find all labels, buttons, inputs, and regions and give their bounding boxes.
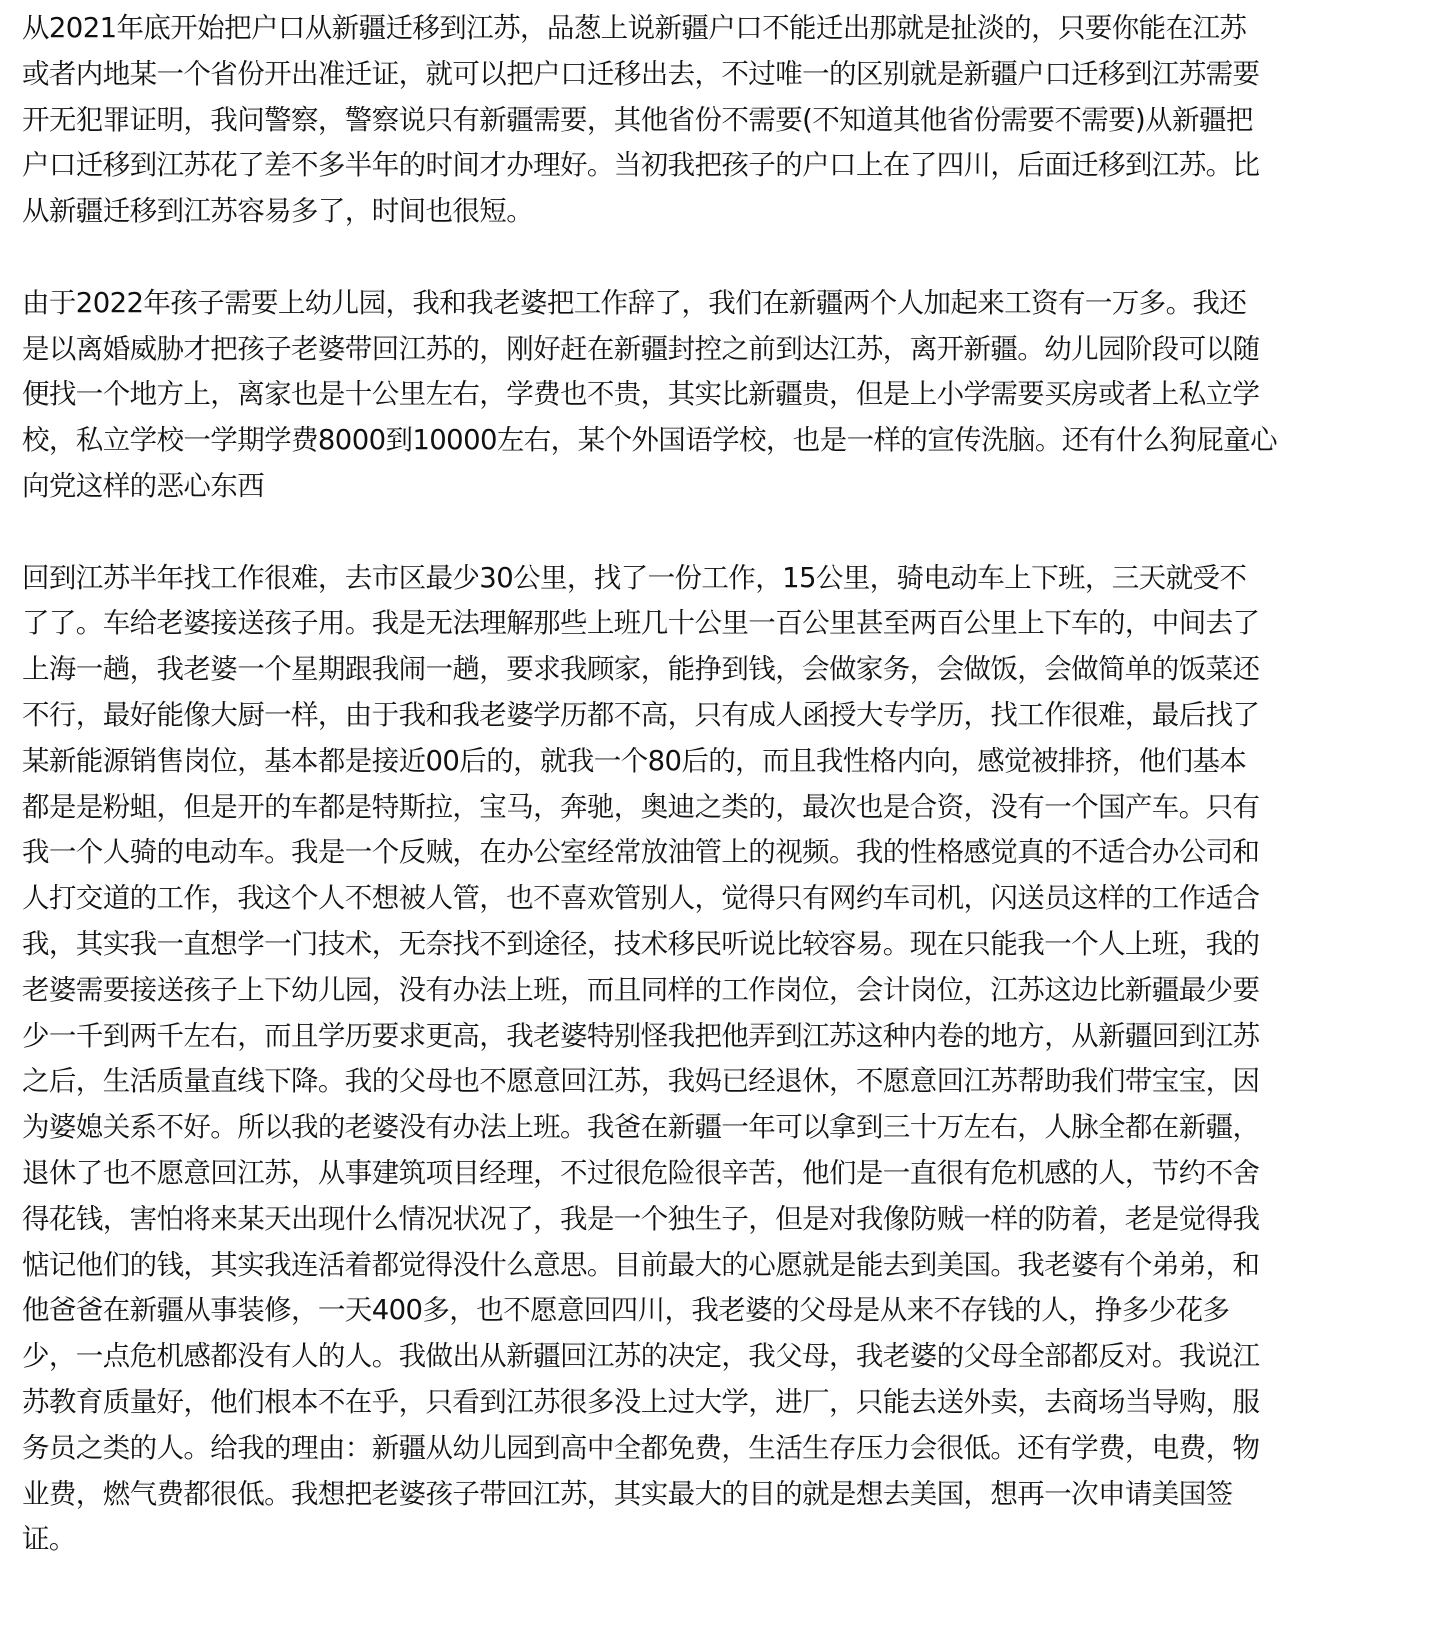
text-line: 校，私立学校一学期学费8000到10000左右，某个外国语学校，也是一样的宣传洗… [22, 418, 1347, 464]
text-line: 户口迁移到江苏花了差不多半年的时间才办理好。当初我把孩子的户口上在了四川，后面迁… [22, 143, 1347, 189]
paragraph-kindergarten: 由于2022年孩子需要上幼儿园，我和我老婆把工作辞了，我们在新疆两个人加起来工资… [22, 281, 1347, 510]
text-line: 得花钱，害怕将来某天出现什么情况状况了，我是一个独生子，但是对我像防贼一样的防着… [22, 1197, 1347, 1243]
text-line: 证。 [22, 1517, 1347, 1563]
paragraph-hukou-migration: 从2021年底开始把户口从新疆迁移到江苏，品葱上说新疆户口不能迁出那就是扯淡的，… [22, 6, 1347, 235]
text-line: 某新能源销售岗位，基本都是接近00后的，就我一个80后的，而且我性格内向，感觉被… [22, 739, 1347, 785]
text-line: 少一千到两千左右，而且学历要求更高，我老婆特别怪我把他弄到江苏这种内卷的地方，从… [22, 1014, 1347, 1060]
text-line: 老婆需要接送孩子上下幼儿园，没有办法上班，而且同样的工作岗位，会计岗位，江苏这边… [22, 968, 1347, 1014]
text-line: 退休了也不愿意回江苏，从事建筑项目经理，不过很危险很辛苦，他们是一直很有危机感的… [22, 1151, 1347, 1197]
text-line: 务员之类的人。给我的理由：新疆从幼儿园到高中全都免费，生活生存压力会很低。还有学… [22, 1426, 1347, 1472]
text-line: 不行，最好能像大厨一样，由于我和我老婆学历都不高，只有成人函授大专学历，找工作很… [22, 693, 1347, 739]
text-line: 或者内地某一个省份开出准迁证，就可以把户口迁移出去，不过唯一的区别就是新疆户口迁… [22, 52, 1347, 98]
text-line: 少，一点危机感都没有人的人。我做出从新疆回江苏的决定，我父母，我老婆的父母全部都… [22, 1334, 1347, 1380]
text-line: 之后，生活质量直线下降。我的父母也不愿意回江苏，我妈已经退休，不愿意回江苏帮助我… [22, 1059, 1347, 1105]
text-line: 苏教育质量好，他们根本不在乎，只看到江苏很多没上过大学，进厂，只能去送外卖，去商… [22, 1380, 1347, 1426]
text-line: 由于2022年孩子需要上幼儿园，我和我老婆把工作辞了，我们在新疆两个人加起来工资… [22, 281, 1347, 327]
paragraph-job-search: 回到江苏半年找工作很难，去市区最少30公里，找了一份工作，15公里，骑电动车上下… [22, 556, 1347, 1564]
text-line: 向党这样的恶心东西 [22, 464, 1347, 510]
text-line: 上海一趟，我老婆一个星期跟我闹一趟，要求我顾家，能挣到钱，会做家务，会做饭，会做… [22, 647, 1347, 693]
text-line: 便找一个地方上，离家也是十公里左右，学费也不贵，其实比新疆贵，但是上小学需要买房… [22, 372, 1347, 418]
document-body: 从2021年底开始把户口从新疆迁移到江苏，品葱上说新疆户口不能迁出那就是扯淡的，… [22, 6, 1347, 1609]
text-line: 从新疆迁移到江苏容易多了，时间也很短。 [22, 189, 1347, 235]
text-line: 了了。车给老婆接送孩子用。我是无法理解那些上班几十公里一百公里甚至两百公里上下车… [22, 601, 1347, 647]
text-line: 我，其实我一直想学一门技术，无奈找不到途径，技术移民听说比较容易。现在只能我一个… [22, 922, 1347, 968]
text-line: 从2021年底开始把户口从新疆迁移到江苏，品葱上说新疆户口不能迁出那就是扯淡的，… [22, 6, 1347, 52]
text-line: 开无犯罪证明，我问警察，警察说只有新疆需要，其他省份不需要(不知道其他省份需要不… [22, 98, 1347, 144]
text-line: 他爸爸在新疆从事装修，一天400多，也不愿意回四川，我老婆的父母是从来不存钱的人… [22, 1288, 1347, 1334]
text-line: 是以离婚威胁才把孩子老婆带回江苏的，刚好赶在新疆封控之前到达江苏，离开新疆。幼儿… [22, 327, 1347, 373]
text-line: 惦记他们的钱，其实我连活着都觉得没什么意思。目前最大的心愿就是能去到美国。我老婆… [22, 1243, 1347, 1289]
text-line: 回到江苏半年找工作很难，去市区最少30公里，找了一份工作，15公里，骑电动车上下… [22, 556, 1347, 602]
text-line: 为婆媳关系不好。所以我的老婆没有办法上班。我爸在新疆一年可以拿到三十万左右，人脉… [22, 1105, 1347, 1151]
text-line: 我一个人骑的电动车。我是一个反贼，在办公室经常放油管上的视频。我的性格感觉真的不… [22, 830, 1347, 876]
text-line: 人打交道的工作，我这个人不想被人管，也不喜欢管别人，觉得只有网约车司机，闪送员这… [22, 876, 1347, 922]
text-line: 都是是粉蛆，但是开的车都是特斯拉，宝马，奔驰，奥迪之类的，最次也是合资，没有一个… [22, 785, 1347, 831]
text-line: 业费，燃气费都很低。我想把老婆孩子带回江苏，其实最大的目的就是想去美国，想再一次… [22, 1472, 1347, 1518]
